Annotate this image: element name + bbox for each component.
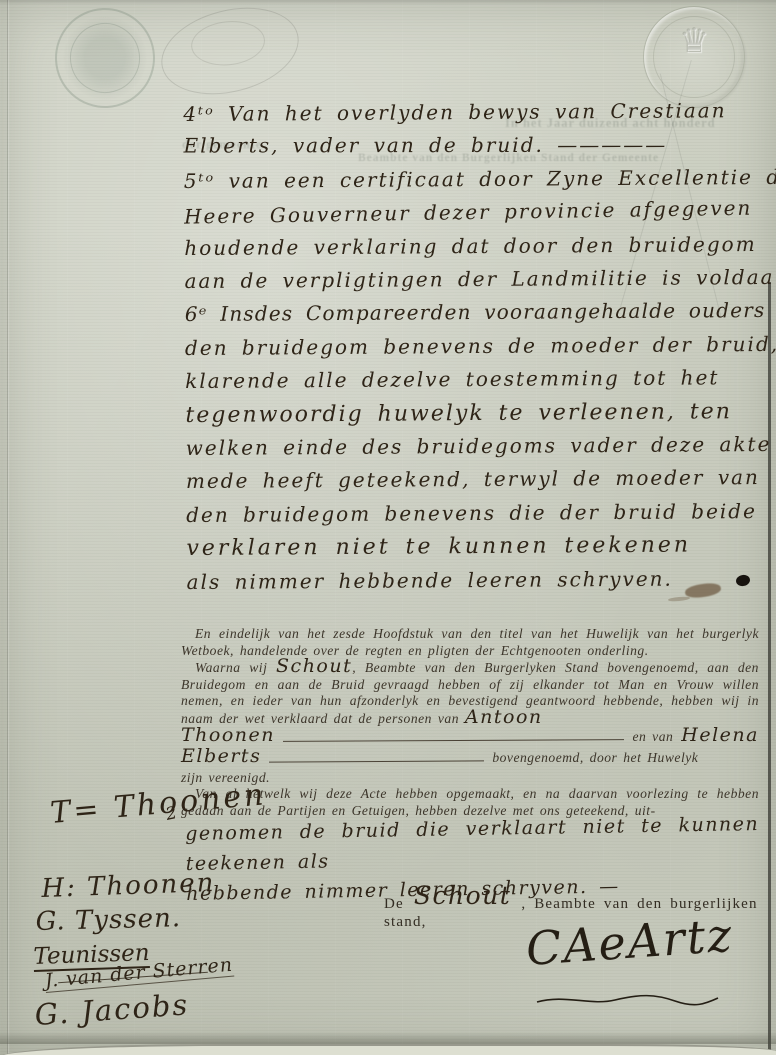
witness-signature: G. Tyssen. [35, 903, 181, 937]
handwritten-fill-schout: Schout [276, 655, 352, 677]
handwritten-fill-schout-2: Schout [414, 881, 511, 910]
crown-icon: ♛ [644, 21, 744, 61]
ink-smudge-tail [668, 596, 690, 602]
printed-text: bovengenoemd, door het Huwelyk [492, 750, 698, 767]
next-page-edge [0, 1044, 776, 1055]
handwritten-line: 4ᵗᵒ Van het overlyden bewys van Crestiaa… [183, 94, 765, 131]
handwritten-line: welken einde des bruidegoms vader deze a… [186, 428, 768, 465]
witness-signature: H: Thoonen [41, 868, 216, 904]
bride-name-row: Elberts bovengenoemd, door het Huwelyk [181, 749, 759, 770]
groom-name-row: Thoonen en van Helena [181, 728, 759, 749]
handwritten-line: aan de verpligtingen der Landmilitie is … [184, 261, 766, 298]
round-ink-stamp-icon [44, 0, 165, 119]
ink-stamp-inner-ring [63, 16, 148, 101]
printed-paragraph-1: En eindelijk van het zesde Hoofdstuk van… [181, 626, 759, 659]
handwritten-line: houdende verklaring dat door den bruideg… [184, 228, 766, 265]
printed-paragraph-2-final: zijn vereenigd. [181, 770, 759, 787]
handwritten-fill-bride-last-name: Elberts [181, 749, 261, 763]
handwritten-fill-groom-first-name: Antoon [465, 706, 543, 728]
printed-text: Waarna wij [195, 660, 276, 675]
handwritten-line: genomen de bruid die verklaart niet te k… [185, 809, 760, 879]
printed-text: en van [632, 729, 673, 746]
pencil-scribble-inner [189, 17, 267, 68]
scanned-document-page: ♛ In het Jaar duizend acht honderd der g… [0, 0, 776, 1055]
right-scan-edge [768, 282, 771, 1055]
bottom-edge-shadow [0, 1032, 776, 1044]
printed-form-text-block: En eindelijk van het zesde Hoofdstuk van… [181, 626, 759, 909]
left-fold-crease [7, 0, 8, 1055]
handwritten-line: den bruidegom benevens de moeder der bru… [185, 328, 767, 365]
handwritten-text-block: 4ᵗᵒ Van het overlyden bewys van Crestiaa… [183, 94, 768, 599]
handwritten-line: mede heeft geteekend, terwyl de moeder v… [186, 461, 768, 498]
witness-signature: G. Jacobs [34, 987, 191, 1032]
filler-rule-line [283, 739, 624, 742]
printed-text-de: De [384, 896, 404, 912]
filler-rule-line [269, 760, 484, 762]
official-signature-flourish [535, 992, 720, 1006]
pencil-scribble-mark [152, 0, 308, 108]
embossed-seal-icon: ♛ [643, 6, 745, 108]
handwritten-line: als nimmer hebbende leeren schryven. [187, 562, 769, 599]
handwritten-line: Elberts, vader van de bruid. ————— [184, 129, 766, 163]
handwritten-fill-bride-first-name: Helena [681, 728, 759, 742]
handwritten-line: klarende alle dezelve toestemming tot he… [185, 361, 767, 398]
handwritten-line: verklaren niet te kunnen teekenen [186, 528, 768, 565]
handwritten-line: 6ᵉ Insdes Compareerden vooraangehaalde o… [185, 294, 767, 331]
handwritten-fill-groom-last-name: Thoonen [181, 728, 275, 742]
handwritten-line: tegenwoordig huwelyk te verleenen, ten [185, 395, 767, 432]
printed-paragraph-2: Waarna wij Schout, Beambte van den Burge… [181, 659, 759, 727]
handwritten-line: den bruidegom benevens die der bruid bei… [186, 495, 768, 532]
top-edge-shading [0, 0, 776, 5]
